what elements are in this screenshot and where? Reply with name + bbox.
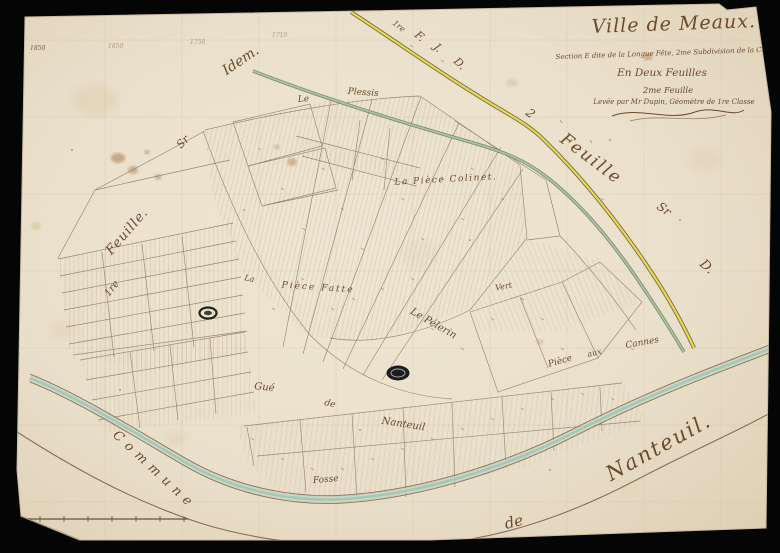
- map-canvas: Ville de Meaux. Section E dite de la Lon…: [0, 0, 780, 553]
- margin-year-1: 1850: [108, 43, 123, 50]
- cartouche-surveyor-line: Levée par Mr Dupin, Géomètre de 1re Clas…: [592, 98, 754, 106]
- cartouche-feuilles-line: En Deux Feuilles: [616, 67, 707, 79]
- label-gue: Gué: [254, 381, 275, 394]
- margin-year-2: 1750: [190, 39, 205, 46]
- scanned-map-page: Ville de Meaux. Section E dite de la Lon…: [0, 0, 780, 553]
- oval-stamp-large: [387, 366, 410, 381]
- margin-year-red: 1850: [30, 45, 45, 52]
- label-le: Le: [297, 94, 310, 105]
- cartouche-sheet-line: 2me Feuille: [642, 86, 693, 96]
- margin-year-3: 1710: [272, 32, 287, 39]
